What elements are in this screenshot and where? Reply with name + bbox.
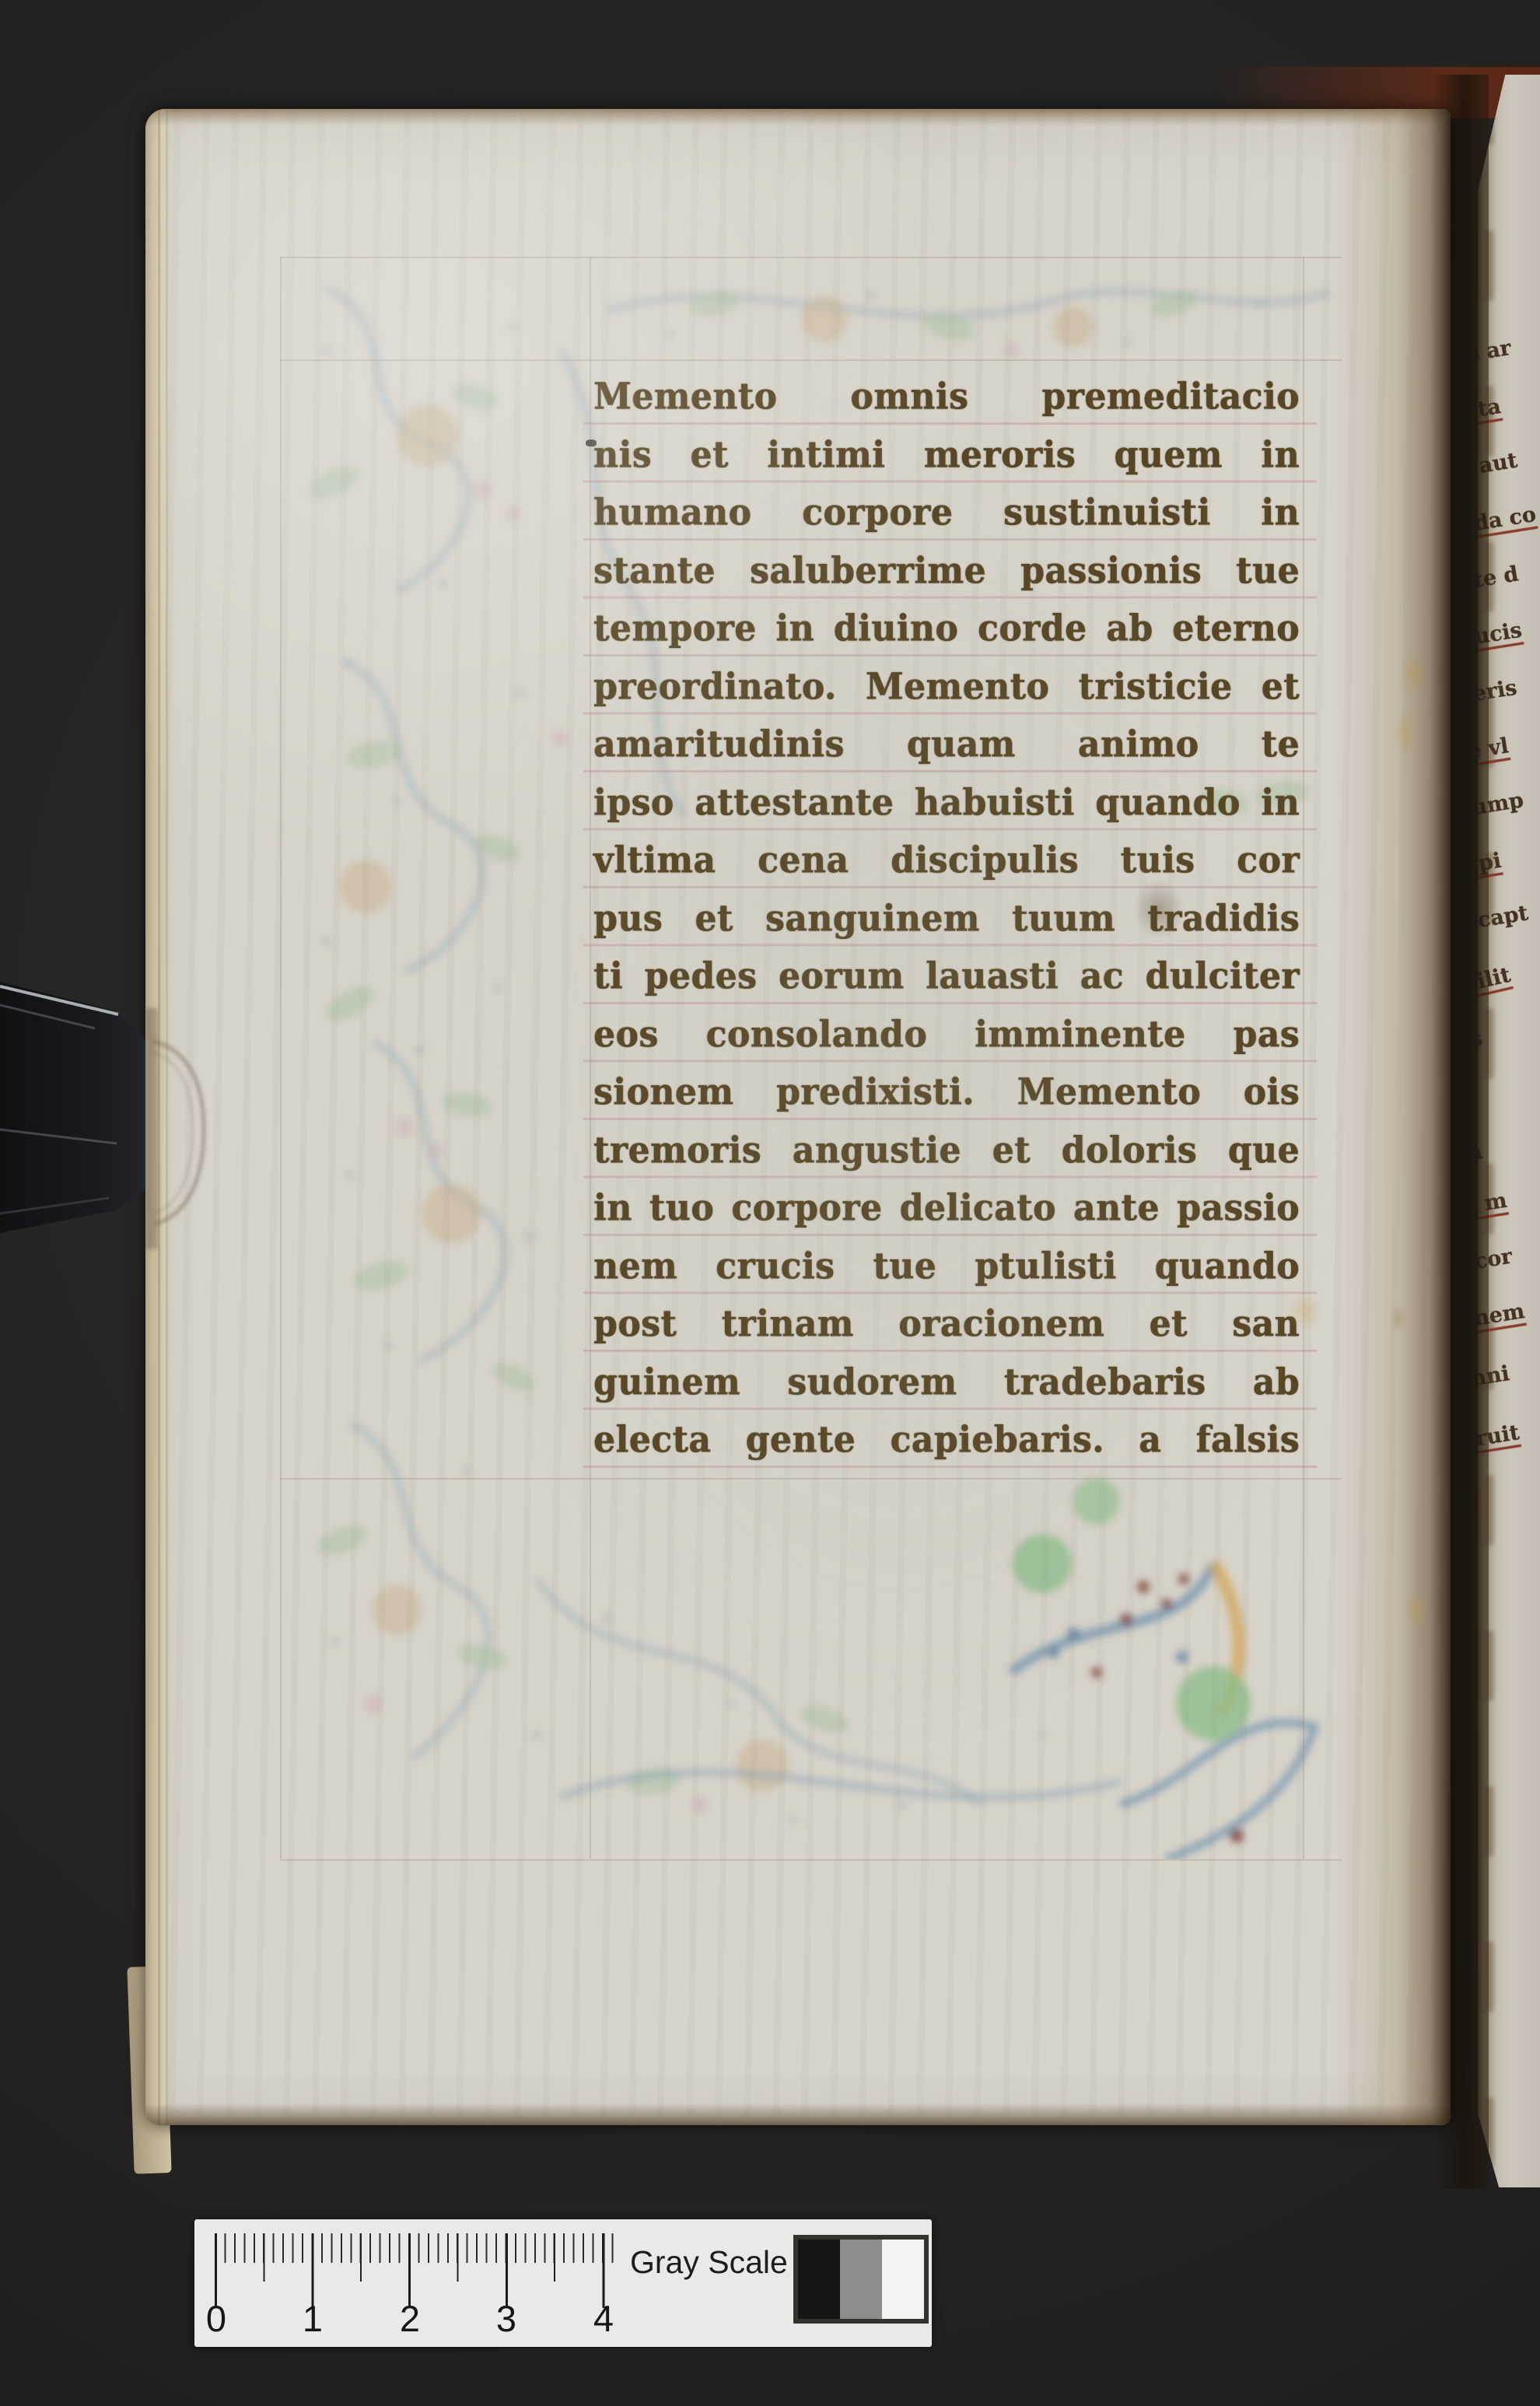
text-line: tremoris angustie et doloris que xyxy=(593,1120,1300,1182)
frame-line xyxy=(280,257,1342,258)
page-bottom-edge xyxy=(145,2103,1451,2125)
text-line: ti pedes eorum lauasti ac dulciter xyxy=(593,946,1300,1008)
text-line: tempore in diuino corde ab eterno xyxy=(593,598,1300,660)
ruler-number: 0 xyxy=(206,2297,226,2340)
text-line: pus et sanguinem tuum tradidis xyxy=(593,888,1300,951)
text-line: post trinam oracionem et san xyxy=(593,1294,1300,1356)
manuscript-page: Memento omnis premeditacio nis et intimi… xyxy=(145,109,1451,2125)
text-line: Memento omnis premeditacio xyxy=(593,366,1300,429)
ruler-number: 1 xyxy=(303,2297,323,2340)
patch-white-square xyxy=(882,2240,924,2319)
text-line: vltima cena discipulis tuis cor xyxy=(593,830,1300,892)
text-block: Memento omnis premeditacio nis et intimi… xyxy=(593,366,1300,1468)
gray-scale-ruler: 0 1 2 3 4 Gray Scale xyxy=(194,2219,932,2347)
text-line: stante saluberrime passionis tue xyxy=(593,541,1300,603)
gray-scale-label: Gray Scale xyxy=(630,2244,788,2281)
page-left-edge xyxy=(145,109,173,2125)
text-line: preordinato. Memento tristicie et xyxy=(593,657,1300,719)
text-line: electa gente capiebaris. a falsis xyxy=(593,1410,1300,1472)
patch-black-square xyxy=(798,2240,840,2319)
gray-scale-patch xyxy=(793,2235,929,2324)
text-line: nis et intimi meroris quem in xyxy=(593,425,1300,487)
page-top-edge xyxy=(145,109,1451,126)
page-gutter-soiling xyxy=(1334,109,1451,2125)
text-line: amaritudinis quam animo te xyxy=(593,714,1300,776)
text-line: humano corpore sustinuisti in xyxy=(593,482,1300,545)
ruler-number: 4 xyxy=(593,2297,614,2340)
ruler-number: 2 xyxy=(400,2297,420,2340)
text-line: guinem sudorem tradebaris ab xyxy=(593,1352,1300,1414)
ruler-number: 3 xyxy=(496,2297,516,2340)
text-line: sionem predixisti. Memento ois xyxy=(593,1062,1300,1124)
frame-line xyxy=(280,1859,1342,1861)
text-line: ipso attestante habuisti quando in xyxy=(593,772,1300,835)
frame-line xyxy=(280,257,282,1859)
frame-line xyxy=(280,359,1342,361)
text-line: eos consolando imminente pas xyxy=(593,1004,1300,1066)
patch-gray-square xyxy=(840,2240,882,2319)
frame-line xyxy=(280,1478,1342,1480)
text-line: nem crucis tue ptulisti quando xyxy=(593,1236,1300,1298)
manuscript-photograph: ctibus ar abus ita docta aut u flouda co… xyxy=(0,0,1540,2406)
text-line: in tuo corpore delicato ante passio xyxy=(593,1178,1300,1240)
